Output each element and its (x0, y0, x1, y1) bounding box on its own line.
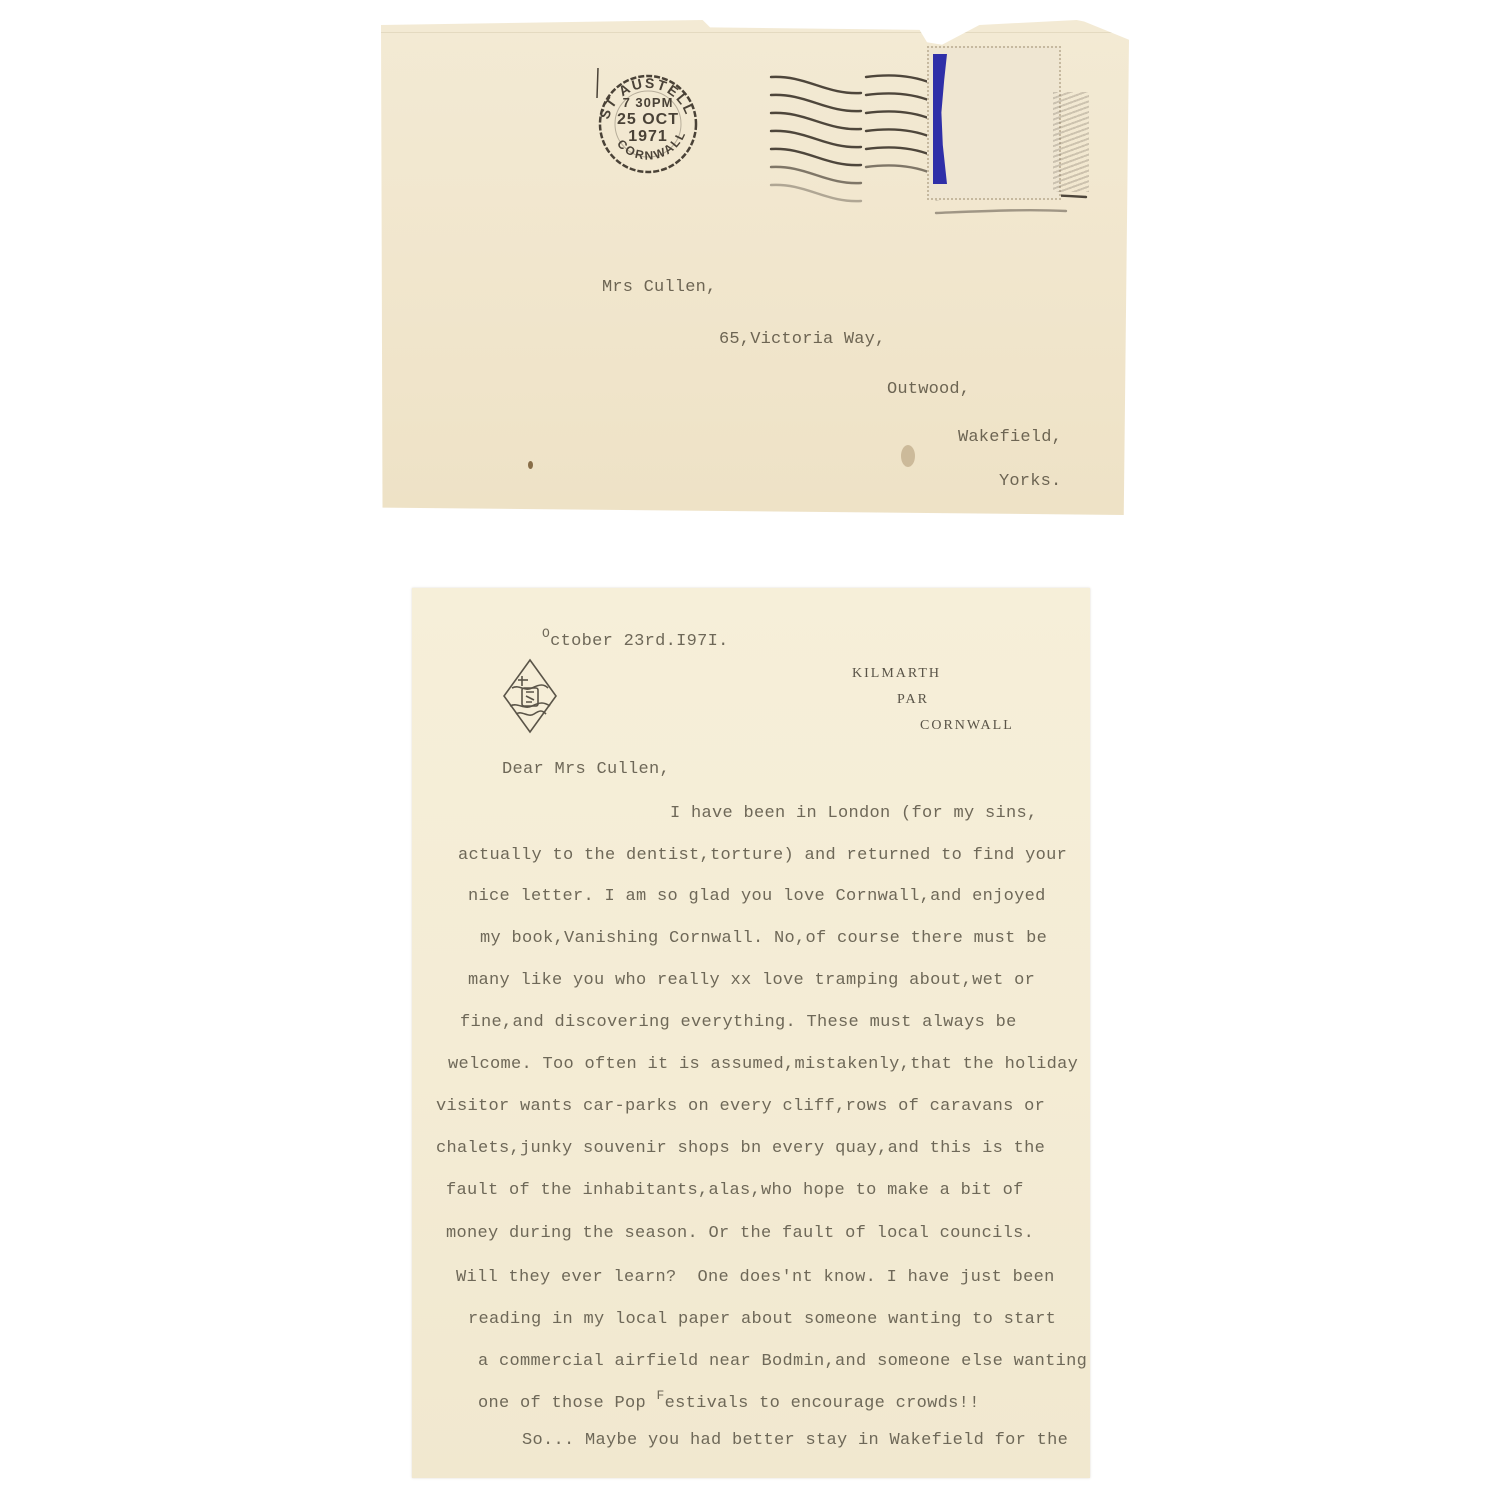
letterhead-town: PAR (897, 692, 929, 708)
letter-line-9: chalets,junky souvenir shops bn every qu… (436, 1139, 1045, 1158)
letter-line-5: many like you who really xx love trampin… (468, 971, 1035, 990)
letter-date: October 23rd.I97I. (542, 632, 729, 651)
letter-line-6: fine,and discovering everything. These m… (460, 1013, 1017, 1032)
letter-line-4: my book,Vanishing Cornwall. No,of course… (480, 929, 1047, 948)
letter-line-1: I have been in London (for my sins, (670, 804, 1038, 823)
letter-line-7: welcome. Too often it is assumed,mistake… (448, 1055, 1078, 1074)
letter-line-15-sup: F (657, 1388, 665, 1403)
address-line-name: Mrs Cullen, (602, 278, 716, 297)
letter-line-8: visitor wants car-parks on every cliff,r… (436, 1097, 1045, 1116)
postmark-time: 7 30PM (594, 94, 702, 111)
cancellation-smudge (1053, 92, 1089, 192)
address-line-city: Wakefield, (958, 428, 1062, 447)
letter-line-11: money during the season. Or the fault of… (446, 1224, 1034, 1243)
postmark-date: 25 OCT (594, 111, 702, 128)
letter-salutation: Dear Mrs Cullen, (502, 760, 670, 779)
postage-stamp (927, 46, 1061, 200)
letter-line-15: one of those Pop Festivals to encourage … (478, 1394, 980, 1413)
address-line-county: Yorks. (999, 472, 1061, 491)
letter-line-15-end: estivals to encourage crowds!! (665, 1394, 980, 1413)
paper-stain (901, 445, 915, 467)
ink-speck (528, 461, 533, 469)
address-line-district: Outwood, (887, 380, 970, 399)
address-line-street: 65,Victoria Way, (719, 330, 885, 349)
letter-date-initial: O (542, 626, 550, 641)
letter-line-2: actually to the dentist,torture) and ret… (458, 846, 1067, 865)
letterhead-county: CORNWALL (920, 718, 1014, 734)
family-crest-icon (502, 658, 558, 734)
letter-line-15-start: one of those Pop (478, 1394, 657, 1413)
letter-line-13: reading in my local paper about someone … (468, 1310, 1056, 1329)
postmark-stamp: ST AUSTELL CORNWALL 7 30PM 25 OCT 1971 (594, 68, 702, 176)
envelope-fold (381, 32, 1129, 33)
postmark-date-block: 7 30PM 25 OCT 1971 (594, 94, 702, 145)
letter-line-10: fault of the inhabitants,alas,who hope t… (446, 1181, 1024, 1200)
letter-line-12: Will they ever learn? One does'nt know. … (456, 1268, 1055, 1287)
letterhead-house: KILMARTH (852, 666, 941, 682)
typed-letter: October 23rd.I97I. KILMARTH PAR CORNWALL… (412, 588, 1090, 1478)
letter-line-14: a commercial airfield near Bodmin,and so… (478, 1352, 1090, 1371)
envelope: ST AUSTELL CORNWALL 7 30PM 25 OCT 1971 (381, 20, 1129, 515)
letter-date-rest: ctober 23rd.I97I. (550, 632, 729, 651)
stamp-blue-strip (933, 54, 947, 184)
letter-line-3: nice letter. I am so glad you love Cornw… (468, 887, 1046, 906)
letter-line-16: So... Maybe you had better stay in Wakef… (522, 1431, 1068, 1450)
postmark-year: 1971 (594, 128, 702, 145)
